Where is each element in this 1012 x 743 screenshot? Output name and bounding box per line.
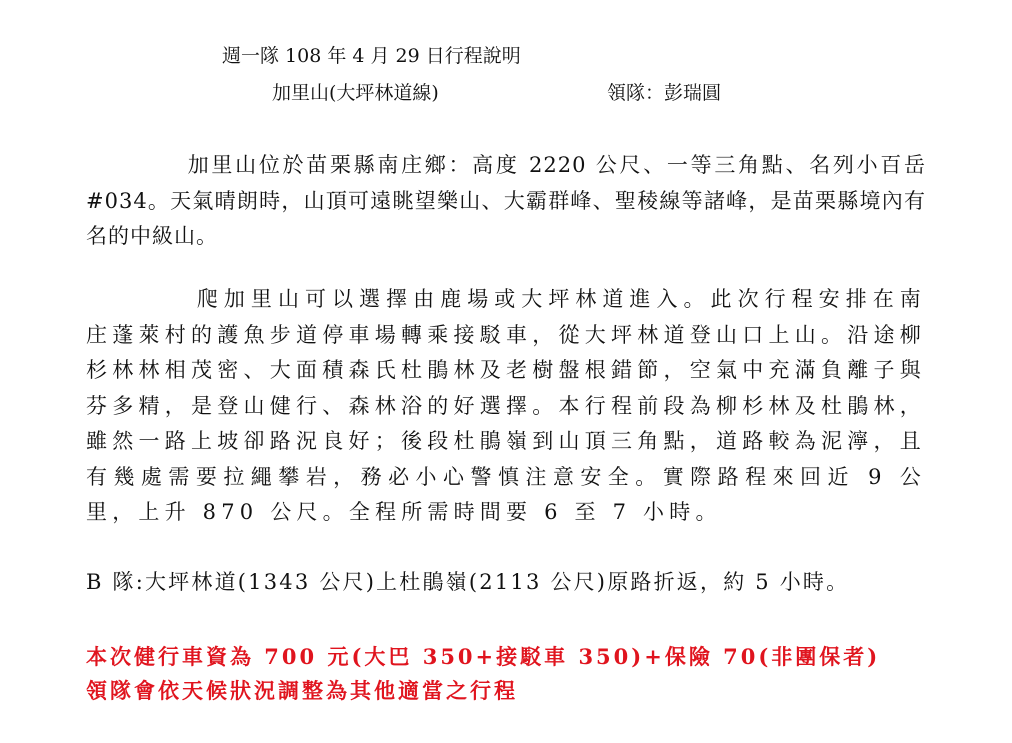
weather-notice: 領隊會依天候狀況調整為其他適當之行程 [86, 677, 518, 705]
route-text: 爬加里山可以選擇由鹿場或大坪林道進入。此次行程安排在南庄蓬萊村的護魚步道停車場轉… [86, 287, 926, 524]
intro-text: 加里山位於苗栗縣南庄鄉：高度 2220 公尺、一等三角點、名列小百岳#034。天… [86, 153, 926, 248]
route-paragraph: 爬加里山可以選擇由鹿場或大坪林道進入。此次行程安排在南庄蓬萊村的護魚步道停車場轉… [86, 282, 926, 531]
route-name: 加里山(大坪林道線) [272, 79, 439, 107]
fee-notice: 本次健行車資為 700 元(大巴 350+接駁車 350)+保險 70(非團保者… [86, 643, 880, 671]
intro-paragraph: 加里山位於苗栗縣南庄鄉：高度 2220 公尺、一等三角點、名列小百岳#034。天… [86, 148, 926, 255]
document-title: 週一隊 108 年 4 月 29 日行程說明 [222, 42, 521, 70]
team-leader: 領隊：彭瑞圓 [607, 79, 721, 107]
b-team-plan: B 隊:大坪林道(1343 公尺)上杜鵑嶺(2113 公尺)原路折返，約 5 小… [86, 568, 849, 596]
